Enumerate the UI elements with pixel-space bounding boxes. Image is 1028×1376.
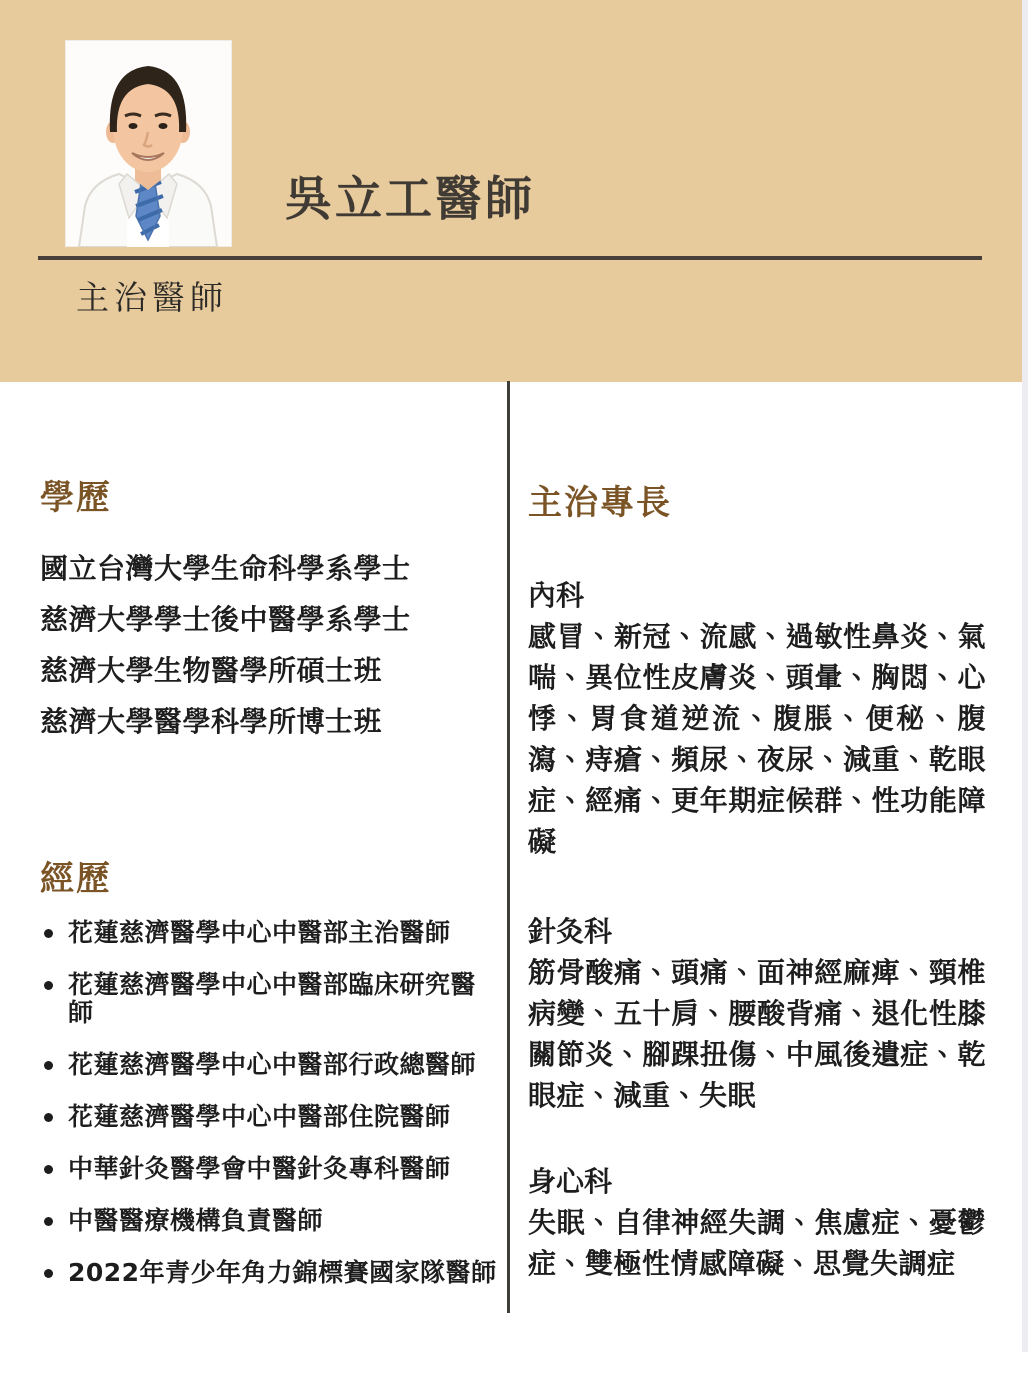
education-item: 國立台灣大學生命科學系學士 xyxy=(40,554,500,584)
header-divider-line xyxy=(38,256,982,260)
doctor-title: 主治醫師 xyxy=(76,278,228,318)
experience-item: 花蓮慈濟醫學中心中醫部臨床研究醫師 xyxy=(40,971,500,1027)
specialty-title: 內科 xyxy=(528,575,986,616)
specialty-section-internal-medicine: 內科 感冒、新冠、流感、過敏性鼻炎、氣喘、異位性皮膚炎、頭暈、胸悶、心悸、胃食道… xyxy=(528,575,986,862)
education-heading: 學歷 xyxy=(40,478,500,518)
experience-item: 2022年青少年角力錦標賽國家隊醫師 xyxy=(40,1259,500,1287)
specialty-section-acupuncture: 針灸科 筋骨酸痛、頭痛、面神經麻痺、頸椎病變、五十肩、腰酸背痛、退化性膝關節炎、… xyxy=(528,911,986,1116)
right-edge-strip xyxy=(1022,0,1028,1352)
specialty-content: 失眠、自律神經失調、焦慮症、憂鬱症、雙極性情感障礙、思覺失調症 xyxy=(528,1202,986,1284)
experience-list: 花蓮慈濟醫學中心中醫部主治醫師 花蓮慈濟醫學中心中醫部臨床研究醫師 花蓮慈濟醫學… xyxy=(40,919,500,1287)
doctor-name: 吳立工醫師 xyxy=(285,174,535,226)
education-list: 國立台灣大學生命科學系學士 慈濟大學學士後中醫學系學士 慈濟大學生物醫學所碩士班… xyxy=(40,554,500,737)
education-item: 慈濟大學學士後中醫學系學士 xyxy=(40,605,500,635)
specialty-section-psychosomatic: 身心科 失眠、自律神經失調、焦慮症、憂鬱症、雙極性情感障礙、思覺失調症 xyxy=(528,1161,986,1284)
specialties-heading: 主治專長 xyxy=(528,483,986,523)
specialty-title: 身心科 xyxy=(528,1161,986,1202)
experience-item: 花蓮慈濟醫學中心中醫部住院醫師 xyxy=(40,1103,500,1131)
doctor-portrait-illustration xyxy=(65,40,232,247)
specialty-content: 筋骨酸痛、頭痛、面神經麻痺、頸椎病變、五十肩、腰酸背痛、退化性膝關節炎、腳踝扭傷… xyxy=(528,952,986,1116)
experience-item: 花蓮慈濟醫學中心中醫部主治醫師 xyxy=(40,919,500,947)
specialty-content: 感冒、新冠、流感、過敏性鼻炎、氣喘、異位性皮膚炎、頭暈、胸悶、心悸、胃食道逆流、… xyxy=(528,616,986,862)
specialty-title: 針灸科 xyxy=(528,911,986,952)
profile-header: 吳立工醫師 主治醫師 xyxy=(0,0,1028,382)
right-column: 主治專長 內科 感冒、新冠、流感、過敏性鼻炎、氣喘、異位性皮膚炎、頭暈、胸悶、心… xyxy=(528,483,986,1284)
doctor-profile-page: 吳立工醫師 主治醫師 學歷 國立台灣大學生命科學系學士 慈濟大學學士後中醫學系學… xyxy=(0,0,1028,1376)
column-divider xyxy=(507,381,510,1313)
experience-item: 中醫醫療機構負責醫師 xyxy=(40,1207,500,1235)
experience-item: 中華針灸醫學會中醫針灸專科醫師 xyxy=(40,1155,500,1183)
experience-item: 花蓮慈濟醫學中心中醫部行政總醫師 xyxy=(40,1051,500,1079)
left-column: 學歷 國立台灣大學生命科學系學士 慈濟大學學士後中醫學系學士 慈濟大學生物醫學所… xyxy=(40,478,500,1311)
education-item: 慈濟大學醫學科學所博士班 xyxy=(40,707,500,737)
doctor-photo xyxy=(65,40,232,247)
experience-heading: 經歷 xyxy=(40,859,500,899)
education-item: 慈濟大學生物醫學所碩士班 xyxy=(40,656,500,686)
